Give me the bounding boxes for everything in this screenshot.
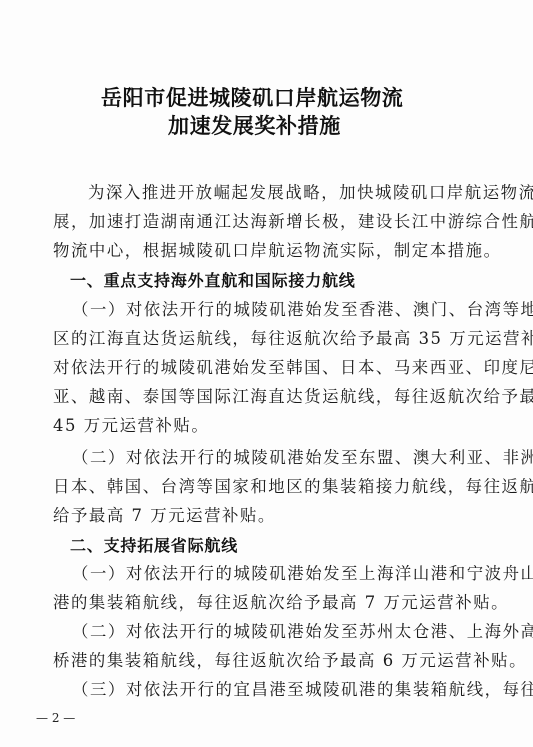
text-line: （二）对依法开行的城陵矶港始发至东盟、澳大利亚、非洲、 [72,448,533,468]
text-line: （三）对依法开行的宜昌港至城陵矶港的集装箱航线，每往 [72,680,533,700]
document-page: 岳阳市促进城陵矶口岸航运物流 加速发展奖补措施 为深入推进开放崛起发展战略，加快… [0,0,533,747]
text-line: （一）对依法开行的城陵矶港始发至香港、澳门、台湾等地 [72,300,533,320]
text-line: 亚、越南、泰国等国际江海直达货运航线，每往返航次给予最高 [53,387,533,407]
text-line: 为深入推进开放崛起发展战略，加快城陵矶口岸航运物流发 [88,183,533,203]
text-line: 港的集装箱航线，每往返航次给予最高 7 万元运营补贴。 [53,593,509,613]
doc-title-line-2: 加速发展奖补措施 [168,113,341,139]
text-line: 对依法开行的城陵矶港始发至韩国、日本、马来西亚、印度尼西 [53,358,533,378]
doc-title-line-1: 岳阳市促进城陵矶口岸航运物流 [101,85,403,111]
section-heading: 二、支持拓展省际航线 [70,536,238,556]
text-line: （二）对依法开行的城陵矶港始发至苏州太仓港、上海外高 [72,622,533,642]
text-line: 展，加速打造湖南通江达海新增长极，建设长江中游综合性航运 [53,212,533,232]
text-line: 日本、韩国、台湾等国家和地区的集装箱接力航线，每往返航次 [53,477,533,497]
text-line: 物流中心，根据城陵矶口岸航运物流实际，制定本措施。 [53,241,502,261]
text-line: 桥港的集装箱航线，每往返航次给予最高 6 万元运营补贴。 [53,651,527,671]
section-heading: 一、重点支持海外直航和国际接力航线 [70,271,356,291]
page-number: — 2 — [36,711,75,725]
text-line: 区的江海直达货运航线，每往返航次给予最高 35 万元运营补贴； [53,329,533,349]
text-line: （一）对依法开行的城陵矶港始发至上海洋山港和宁波舟山 [72,564,533,584]
text-line: 45 万元运营补贴。 [53,416,209,436]
text-line: 给予最高 7 万元运营补贴。 [53,506,276,526]
